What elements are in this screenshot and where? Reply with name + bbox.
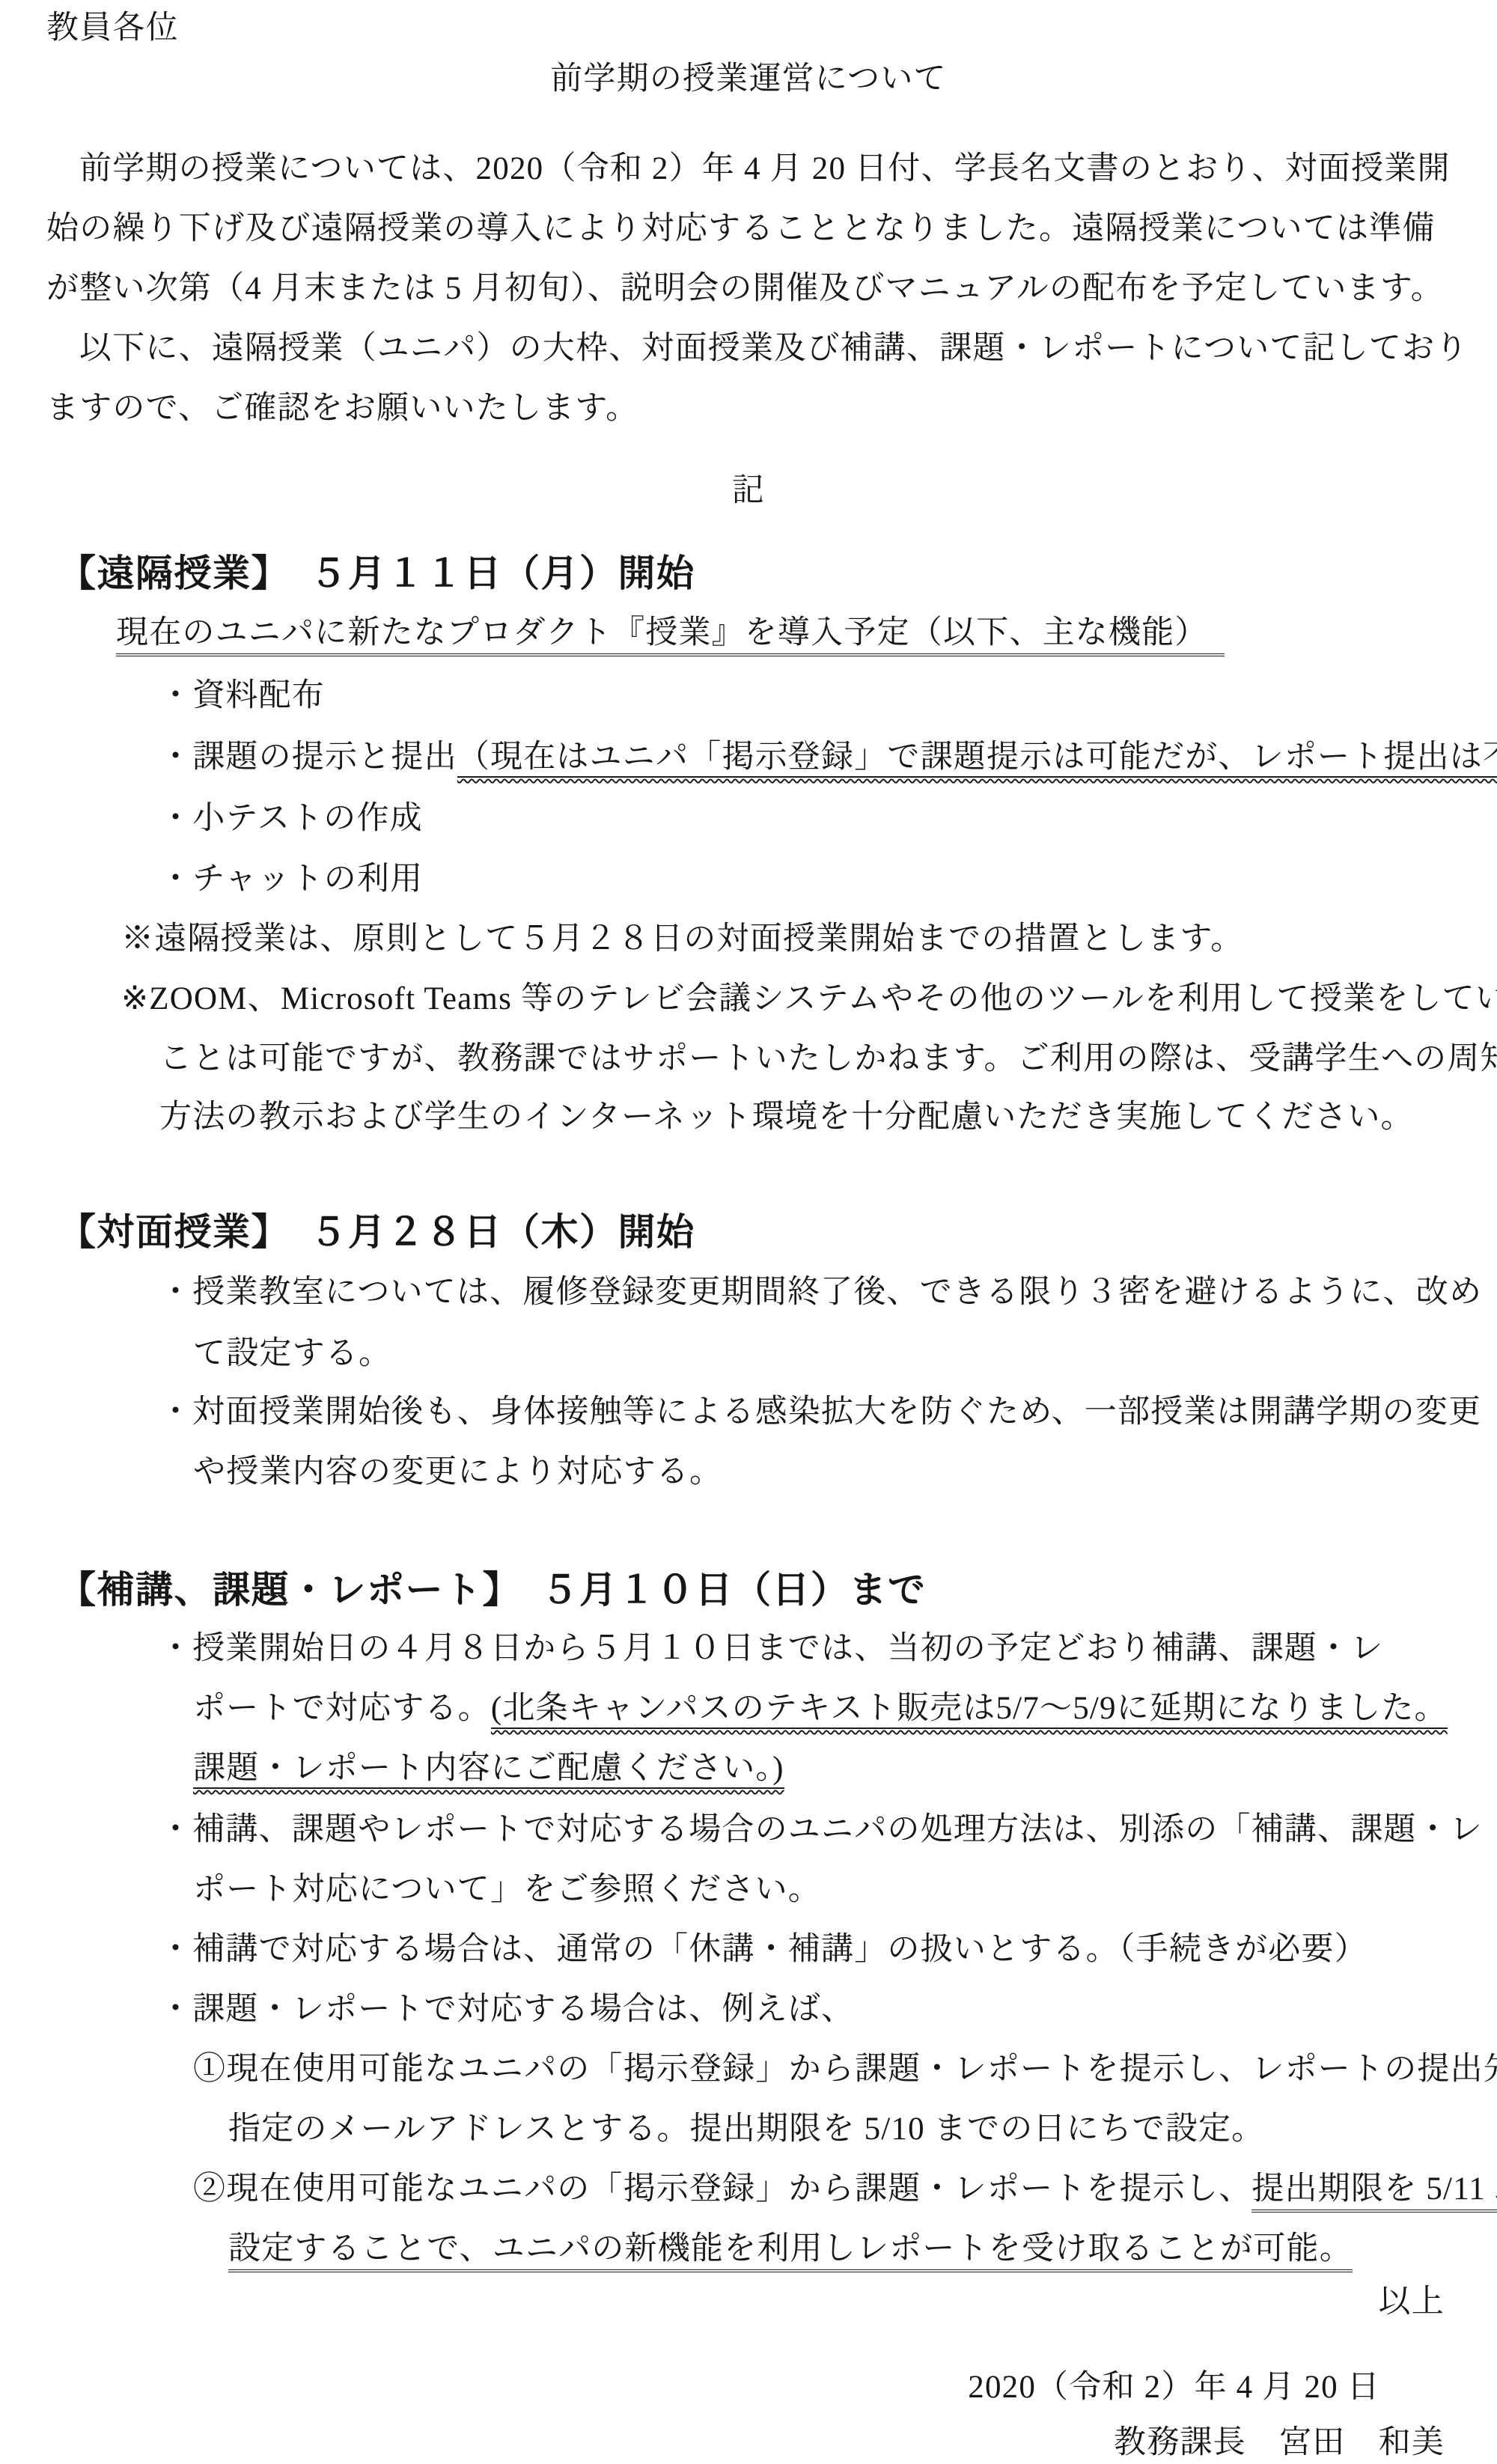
bullet-text: や授業内容の変更により対応する。 bbox=[193, 1454, 722, 1489]
note-text: ※ZOOM、Microsoft Teams 等のテレビ会議システムやその他のツー… bbox=[121, 981, 1497, 1016]
ki-marker: 記 bbox=[0, 470, 1497, 512]
intro-text-4: 以下に、遠隔授業（ユニパ）の大枠、対面授業及び補講、課題・レポートについて記して… bbox=[79, 331, 1469, 366]
bullet-text: ・授業開始日の４月８日から５月１０日までは、当初の予定どおり補講、課題・レ bbox=[159, 1631, 1383, 1666]
ki-marker-text: 記 bbox=[732, 473, 765, 508]
bullet-text: て設定する。 bbox=[193, 1336, 391, 1371]
intro-text-5: ますので、ご確認をお願いいたします。 bbox=[46, 391, 638, 426]
signer-text: 教務課長 宮田 和美 bbox=[1114, 2425, 1445, 2460]
intro-text-3: が整い次第（4 月末または 5 月初旬）、説明会の開催及びマニュアルの配布を予定… bbox=[46, 271, 1444, 306]
remote-note-2-line-3: 方法の教示および学生のインターネット環境を十分配慮いただき実施してください。 bbox=[159, 1097, 1414, 1138]
example-2-line-2: 設定することで、ユニパの新機能を利用しレポートを受け取ることが可能。 bbox=[228, 2228, 1353, 2270]
intro-line-4: 以下に、遠隔授業（ユニパ）の大枠、対面授業及び補講、課題・レポートについて記して… bbox=[79, 328, 1469, 370]
wavy-underline-segment: （現在はユニパ「掲示登録」で課題提示は可能だが、レポート提出は不可） bbox=[457, 739, 1497, 775]
intro-line-1: 前学期の授業については、2020（令和 2）年 4 月 20 日付、学長名文書の… bbox=[79, 148, 1451, 190]
note-text: 方法の教示および学生のインターネット環境を十分配慮いただき実施してください。 bbox=[159, 1100, 1414, 1135]
makeup-bullet-1-line-1: ・授業開始日の４月８日から５月１０日までは、当初の予定どおり補講、課題・レ bbox=[159, 1628, 1383, 1670]
example-text: ①現在使用可能なユニパの「掲示登録」から課題・レポートを提示し、レポートの提出先… bbox=[193, 2052, 1497, 2087]
remote-heading-text: 【遠隔授業】 ５月１１日（月）開始 bbox=[58, 552, 695, 594]
f2f-section-heading: 【対面授業】 ５月２８日（木）開始 bbox=[58, 1208, 695, 1257]
bullet-text: ・授業教室については、履修登録変更期間終了後、できる限り３密を避けるように、改め bbox=[159, 1275, 1482, 1310]
remote-note-2-line-2: ことは可能ですが、教務課ではサポートいたしかねます。ご利用の際は、受講学生への周… bbox=[159, 1038, 1497, 1080]
makeup-heading-text: 【補講、課題・レポート】 ５月１０日（日）まで bbox=[58, 1569, 927, 1611]
intro-line-2: 始の繰り下げ及び遠隔授業の導入により対応することとなりました。遠隔授業については… bbox=[46, 208, 1436, 250]
intro-text-2: 始の繰り下げ及び遠隔授業の導入により対応することとなりました。遠隔授業については… bbox=[46, 211, 1436, 246]
remote-bullet-chat: ・チャットの利用 bbox=[159, 859, 423, 900]
document-page: 教員各位 前学期の授業運営について 前学期の授業については、2020（令和 2）… bbox=[0, 0, 1497, 2464]
intro-line-3: が整い次第（4 月末または 5 月初旬）、説明会の開催及びマニュアルの配布を予定… bbox=[46, 268, 1444, 310]
bullet-text: ポートで対応する。 bbox=[193, 1691, 491, 1726]
date-line: 2020（令和 2）年 4 月 20 日 bbox=[968, 2367, 1380, 2409]
date-text: 2020（令和 2）年 4 月 20 日 bbox=[968, 2370, 1380, 2405]
bullet-text: ポート対応について」をご参照ください。 bbox=[193, 1872, 821, 1907]
bullet-text: ・資料配布 bbox=[159, 678, 325, 713]
recipient-text: 教員各位 bbox=[46, 10, 179, 46]
bullet-text: ・対面授業開始後も、身体接触等による感染拡大を防ぐため、一部授業は開講学期の変更 bbox=[159, 1394, 1481, 1430]
intro-line-5: ますので、ご確認をお願いいたします。 bbox=[46, 388, 638, 430]
wavy-text: (北条キャンパスのテキスト販売は5/7～5/9に延期になりました。 bbox=[491, 1691, 1448, 1729]
f2f-heading-text: 【対面授業】 ５月２８日（木）開始 bbox=[58, 1211, 695, 1253]
note-text: ことは可能ですが、教務課ではサポートいたしかねます。ご利用の際は、受講学生への周… bbox=[159, 1041, 1497, 1076]
example-text: ②現在使用可能なユニパの「掲示登録」から課題・レポートを提示し、 bbox=[193, 2171, 1251, 2207]
makeup-section-heading: 【補講、課題・レポート】 ５月１０日（日）まで bbox=[58, 1566, 927, 1614]
intro-text-1: 前学期の授業については、2020（令和 2）年 4 月 20 日付、学長名文書の… bbox=[79, 151, 1451, 186]
remote-bullet-quiz: ・小テストの作成 bbox=[159, 798, 423, 840]
underlined-segment: 提出期限を 5/11 以降に bbox=[1251, 2171, 1497, 2213]
makeup-bullet-2-line-1: ・補講、課題やレポートで対応する場合のユニパの処理方法は、別添の「補講、課題・レ bbox=[159, 1809, 1483, 1851]
makeup-bullet-4: ・課題・レポートで対応する場合は、例えば、 bbox=[159, 1989, 854, 2031]
makeup-bullet-2-line-2: ポート対応について」をご参照ください。 bbox=[193, 1869, 821, 1911]
wavy-text: （現在はユニパ「掲示登録」で課題提示は可能だが、レポート提出は不可） bbox=[457, 739, 1497, 778]
f2f-bullet-2-line-2: や授業内容の変更により対応する。 bbox=[193, 1451, 722, 1493]
underlined-segment: 設定することで、ユニパの新機能を利用しレポートを受け取ることが可能。 bbox=[228, 2231, 1353, 2272]
closing-ijou: 以上 bbox=[1379, 2281, 1445, 2323]
bullet-text: ・補講、課題やレポートで対応する場合のユニパの処理方法は、別添の「補講、課題・レ bbox=[159, 1812, 1483, 1847]
makeup-bullet-1-line-3: 課題・レポート内容にご配慮ください。) bbox=[193, 1748, 814, 1790]
bullet-text: ・課題・レポートで対応する場合は、例えば、 bbox=[159, 1992, 854, 2027]
remote-note-2-line-1: ※ZOOM、Microsoft Teams 等のテレビ会議システムやその他のツー… bbox=[121, 978, 1497, 1020]
bullet-text: ・小テストの作成 bbox=[159, 801, 423, 836]
f2f-bullet-1-line-2: て設定する。 bbox=[193, 1333, 391, 1375]
example-1-line-1: ①現在使用可能なユニパの「掲示登録」から課題・レポートを提示し、レポートの提出先… bbox=[193, 2049, 1497, 2091]
example-1-line-2: 指定のメールアドレスとする。提出期限を 5/10 までの日にちで設定。 bbox=[228, 2108, 1264, 2150]
recipient-line: 教員各位 bbox=[46, 7, 179, 49]
remote-bullet-materials: ・資料配布 bbox=[159, 675, 325, 717]
bullet-text: ・補講で対応する場合は、通常の「休講・補講」の扱いとする。（手続きが必要） bbox=[159, 1932, 1368, 1967]
remote-lead-underlined: 現在のユニパに新たなプロダクト『授業』を導入予定（以下、主な機能） bbox=[116, 615, 1225, 656]
page-title: 前学期の授業運営について bbox=[0, 58, 1497, 100]
remote-section-heading: 【遠隔授業】 ５月１１日（月）開始 bbox=[58, 549, 695, 598]
f2f-bullet-1-line-1: ・授業教室については、履修登録変更期間終了後、できる限り３密を避けるように、改め bbox=[159, 1272, 1482, 1314]
bullet-text: ・課題の提示と提出 bbox=[159, 739, 457, 775]
remote-note-1: ※遠隔授業は、原則として５月２８日の対面授業開始までの措置とします。 bbox=[121, 918, 1243, 960]
page-title-text: 前学期の授業運営について bbox=[550, 61, 947, 97]
f2f-bullet-2-line-1: ・対面授業開始後も、身体接触等による感染拡大を防ぐため、一部授業は開講学期の変更 bbox=[159, 1391, 1481, 1433]
remote-lead-line: 現在のユニパに新たなプロダクト『授業』を導入予定（以下、主な機能） bbox=[116, 612, 1225, 654]
makeup-bullet-1-line-2: ポートで対応する。(北条キャンパスのテキスト販売は5/7～5/9に延期になりまし… bbox=[193, 1688, 1478, 1730]
wavy-underline-segment: 課題・レポート内容にご配慮ください。) bbox=[193, 1751, 814, 1786]
signer-line: 教務課長 宮田 和美 bbox=[1114, 2422, 1445, 2464]
makeup-bullet-3: ・補講で対応する場合は、通常の「休講・補講」の扱いとする。（手続きが必要） bbox=[159, 1929, 1368, 1971]
bullet-text: ・チャットの利用 bbox=[159, 862, 423, 897]
wavy-underline-segment: (北条キャンパスのテキスト販売は5/7～5/9に延期になりました。 bbox=[491, 1691, 1478, 1726]
remote-bullet-assignments: ・課題の提示と提出（現在はユニパ「掲示登録」で課題提示は可能だが、レポート提出は… bbox=[159, 737, 1497, 778]
example-text: 指定のメールアドレスとする。提出期限を 5/10 までの日にちで設定。 bbox=[228, 2111, 1264, 2147]
note-text: ※遠隔授業は、原則として５月２８日の対面授業開始までの措置とします。 bbox=[121, 921, 1243, 957]
example-2-line-1: ②現在使用可能なユニパの「掲示登録」から課題・レポートを提示し、提出期限を 5/… bbox=[193, 2168, 1497, 2210]
wavy-text: 課題・レポート内容にご配慮ください。) bbox=[193, 1751, 784, 1789]
closing-text: 以上 bbox=[1379, 2284, 1445, 2320]
